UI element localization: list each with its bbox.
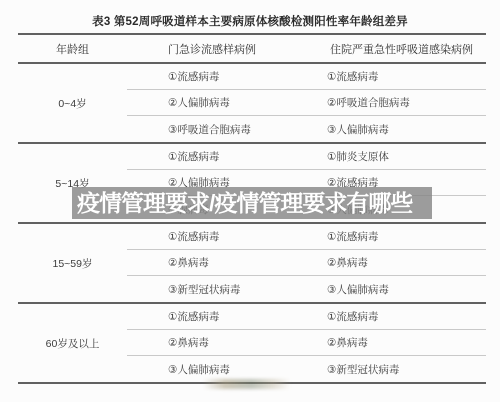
inpatient-rank-1: ①流感病毒 [327,304,378,329]
header-outpatient-ili-cases: 门急诊流感样病例 [168,35,256,62]
table-title: 表3 第52周呼吸道样本主要病原体核酸检测阳性率年龄组差异 [0,13,500,29]
outpatient-rank-2: ②鼻病毒 [168,250,209,275]
table-row: ①流感病毒 ①流感病毒 [127,304,486,330]
inpatient-rank-3: ③新型冠状病毒 [327,356,399,382]
table-row-group-age-60-plus: 60岁及以上 ①流感病毒 ①流感病毒 ②鼻病毒 ②鼻病毒 ③人偏肺病毒 ③新型冠… [18,304,486,382]
table-row: ①流感病毒 ①流感病毒 [127,224,486,250]
table-row: ②鼻病毒 ②鼻病毒 [127,250,486,276]
table-row: ③人偏肺病毒 ③新型冠状病毒 [127,356,486,382]
outpatient-rank-1: ①流感病毒 [168,224,219,249]
table-row: ③新型冠状病毒 ③人偏肺病毒 [127,276,486,302]
outpatient-rank-2: ②鼻病毒 [168,330,209,355]
table-row: ②人偏肺病毒 ②呼吸道合胞病毒 [127,90,486,116]
age-group-label: 0~4岁 [18,64,127,142]
table-row: ①流感病毒 ①流感病毒 [127,64,486,90]
inpatient-rank-2: ②鼻病毒 [327,330,368,355]
inpatient-rank-1: ①肺炎支原体 [327,144,389,169]
table-row: ③呼吸道合胞病毒 ③人偏肺病毒 [127,116,486,142]
header-hospitalized-sari-cases: 住院严重急性呼吸道感染病例 [330,35,473,62]
table-row: ②鼻病毒 ②鼻病毒 [127,330,486,356]
watermark-text: 疫情管理要求/疫情管理要求有哪些 [72,187,412,219]
age-group-label: 15~59岁 [18,224,127,302]
inpatient-rank-1: ①流感病毒 [327,64,378,89]
age-group-label: 60岁及以上 [18,304,127,382]
table-row-group-age-15-59: 15~59岁 ①流感病毒 ①流感病毒 ②鼻病毒 ②鼻病毒 ③新型冠状病毒 ③人偏… [18,224,486,302]
inpatient-rank-1: ①流感病毒 [327,224,378,249]
inpatient-rank-2: ②呼吸道合胞病毒 [327,90,410,115]
outpatient-rank-3: ③呼吸道合胞病毒 [168,116,251,142]
outpatient-rank-1: ①流感病毒 [168,64,219,89]
outpatient-rank-2: ②人偏肺病毒 [168,90,230,115]
watermark-overlay-band: 疫情管理要求/疫情管理要求有哪些 [72,187,432,219]
inpatient-rank-3: ③人偏肺病毒 [327,276,389,302]
inpatient-rank-2: ②鼻病毒 [327,250,368,275]
blurred-logo-smudge [203,379,291,389]
article-table-image: 表3 第52周呼吸道样本主要病原体核酸检测阳性率年龄组差异 年龄组 门急诊流感样… [0,0,500,402]
inpatient-rank-3: ③人偏肺病毒 [327,116,389,142]
outpatient-rank-1: ①流感病毒 [168,144,219,169]
header-age-group: 年龄组 [18,35,127,62]
table-row-group-age-0-4: 0~4岁 ①流感病毒 ①流感病毒 ②人偏肺病毒 ②呼吸道合胞病毒 ③呼吸道合胞病… [18,64,486,142]
outpatient-rank-3: ③新型冠状病毒 [168,276,240,302]
table-row: ①流感病毒 ①肺炎支原体 [127,144,486,170]
outpatient-rank-1: ①流感病毒 [168,304,219,329]
table-header-row: 年龄组 门急诊流感样病例 住院严重急性呼吸道感染病例 [18,35,486,62]
